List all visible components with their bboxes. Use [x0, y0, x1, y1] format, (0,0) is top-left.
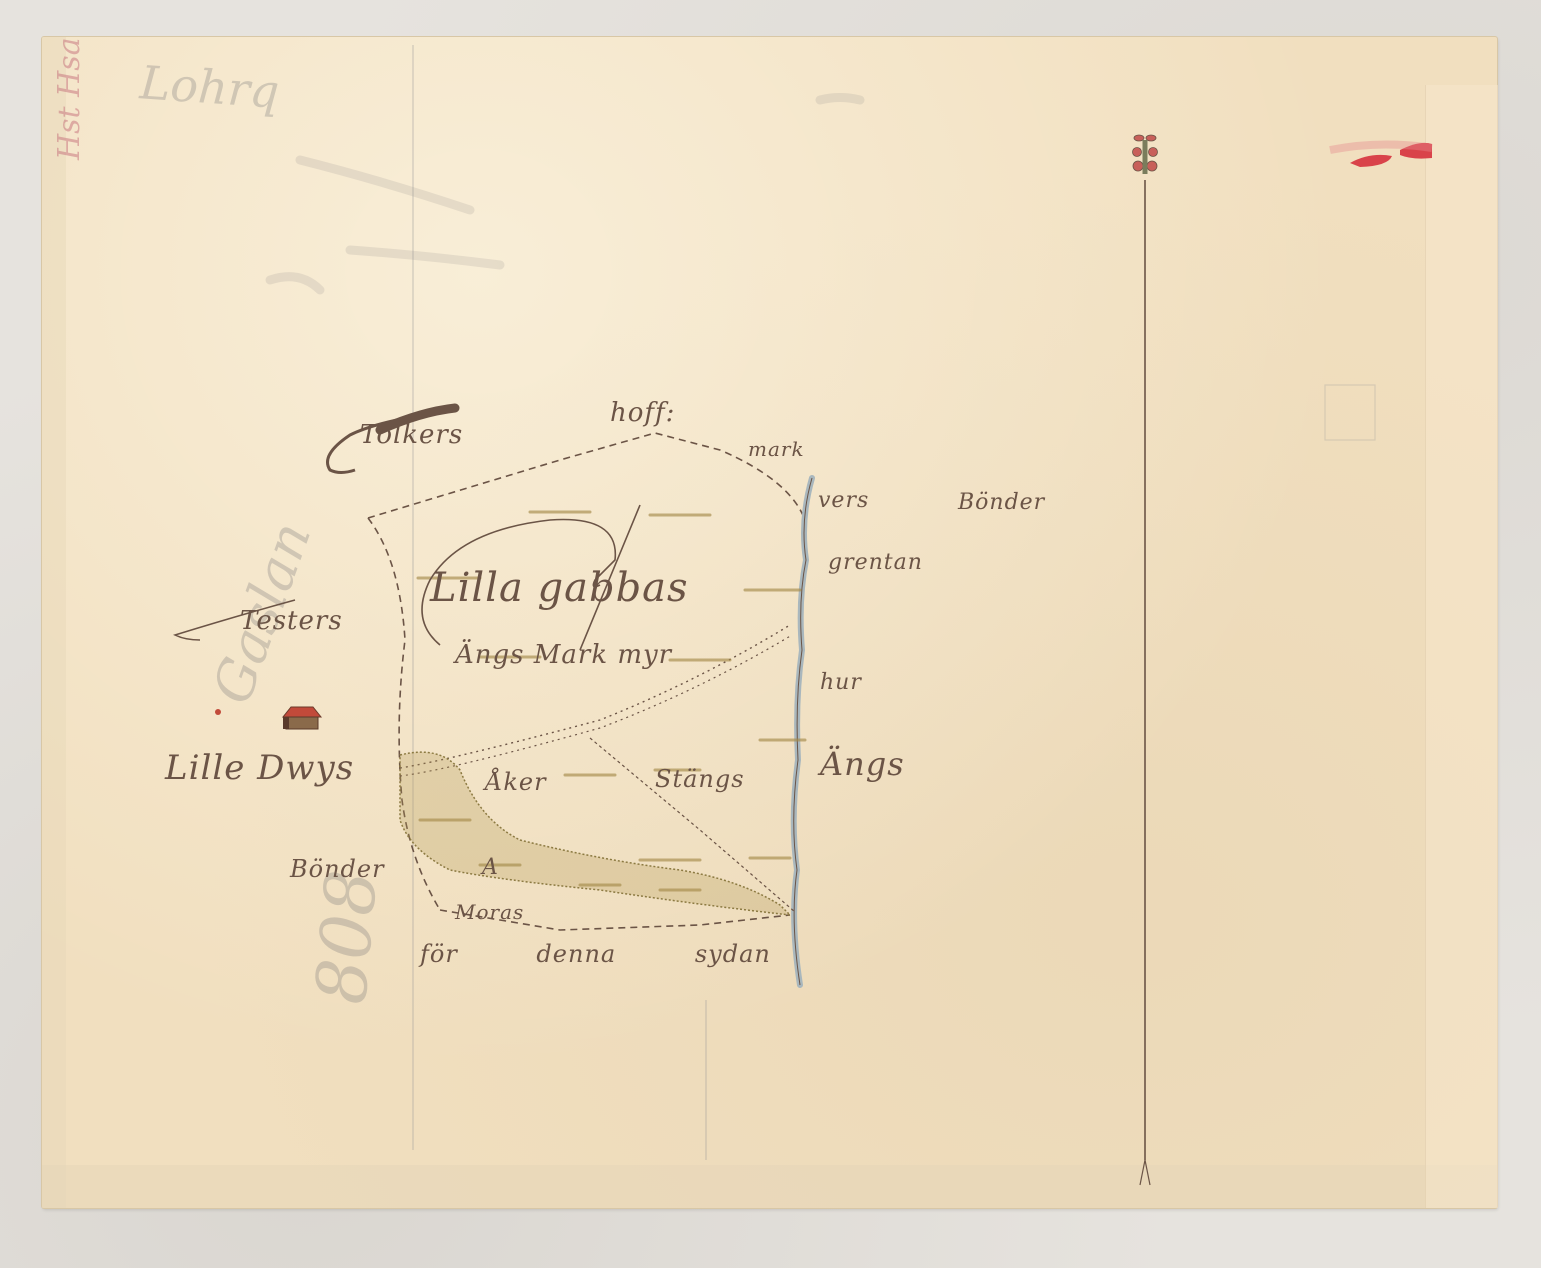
rod-base-mark: [1140, 1160, 1150, 1185]
label-bonder-sw: Bönder: [290, 855, 385, 883]
label-tolkers: Tolkers: [360, 420, 463, 450]
red-wax-seal-icon: [1330, 143, 1432, 167]
label-hoff: hoff:: [610, 398, 675, 428]
label-title: Lilla gabbas: [430, 565, 689, 611]
label-testers: Testers: [240, 606, 343, 636]
label-hur: hur: [820, 670, 862, 695]
red-dot-marker: [215, 709, 221, 715]
label-for-denna-sydan: för denna sydan: [420, 940, 771, 968]
label-aker: Åker: [485, 768, 547, 796]
label-mark: mark: [748, 437, 805, 461]
map-drawing: [0, 0, 1541, 1268]
fleur-de-lis-marker-icon: [1133, 135, 1158, 174]
river: [794, 478, 812, 985]
label-lille-dwys: Lille Dwys: [165, 748, 354, 788]
label-grentan: grentan: [828, 550, 923, 575]
label-moras: Moras: [455, 900, 524, 924]
pencil-smudges: [270, 98, 860, 291]
label-stangs: Stängs: [655, 765, 745, 793]
label-angs-east: Ängs: [820, 745, 905, 783]
label-vers: vers: [818, 488, 869, 513]
label-angs-mark: Ängs Mark myr: [455, 640, 672, 670]
label-river-mark: A: [482, 855, 499, 880]
label-bonder-ne: Bönder: [958, 490, 1045, 515]
house-icon: [283, 707, 321, 729]
